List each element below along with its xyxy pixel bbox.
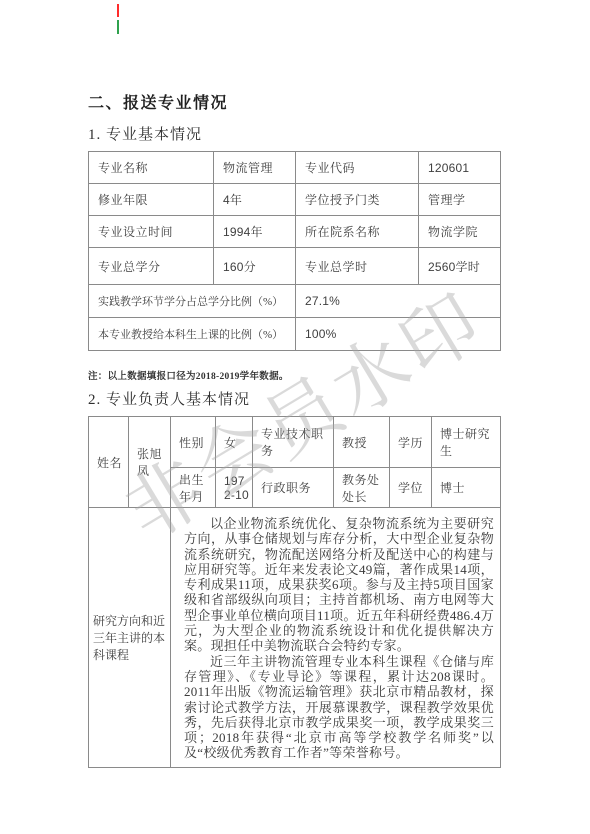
program-leader-info-table: 姓名 张旭凤 性别 女 专业技术职务 教授 学历 博士研究生 出生年月 1972…: [88, 416, 501, 768]
label-degree-category: 学位授予门类: [296, 184, 419, 216]
label-major-name: 专业名称: [89, 152, 214, 184]
label-admin-position: 行政职务: [253, 468, 334, 508]
value-practice-credit-ratio: 27.1%: [296, 285, 501, 318]
value-total-hours: 2560学时: [419, 248, 501, 285]
label-department-name: 所在院系名称: [296, 216, 419, 248]
value-department-name: 物流学院: [419, 216, 501, 248]
subsection-heading-leader-info: 2. 专业负责人基本情况: [88, 388, 250, 409]
table-row: 专业设立时间 1994年 所在院系名称 物流学院: [89, 216, 501, 248]
green-tick-mark: [117, 20, 119, 34]
label-founded-time: 专业设立时间: [89, 216, 214, 248]
research-paragraph-2: 近三年主讲物流管理专业本科生课程《仓储与库存管理》、《专业导论》等课程，累计达2…: [184, 654, 494, 761]
value-gender: 女: [216, 417, 253, 468]
table-row: 研究方向和近三年主讲的本科课程 以企业物流系统优化、复杂物流系统为主要研究方向，…: [89, 508, 501, 768]
table-row: 专业名称 物流管理 专业代码 120601: [89, 152, 501, 184]
table-row: 本专业教授给本科生上课的比例（%） 100%: [89, 318, 501, 351]
program-basic-info-table: 专业名称 物流管理 专业代码 120601 修业年限 4年 学位授予门类 管理学…: [88, 151, 501, 351]
label-professor-teaching-ratio: 本专业教授给本科生上课的比例（%）: [89, 318, 296, 351]
table-row: 实践教学环节学分占总学分比例（%） 27.1%: [89, 285, 501, 318]
label-study-years: 修业年限: [89, 184, 214, 216]
red-tick-mark: [117, 4, 119, 17]
value-degree-category: 管理学: [419, 184, 501, 216]
value-admin-position: 教务处处长: [334, 468, 390, 508]
value-total-credits: 160分: [214, 248, 296, 285]
subsection-heading-basic-info: 1. 专业基本情况: [88, 123, 202, 144]
research-paragraph-1: 以企业物流系统优化、复杂物流系统为主要研究方向，从事仓储规划与库存分析，大中型企…: [184, 516, 494, 654]
value-degree: 博士: [432, 468, 501, 508]
label-practice-credit-ratio: 实践教学环节学分占总学分比例（%）: [89, 285, 296, 318]
research-direction-content: 以企业物流系统优化、复杂物流系统为主要研究方向，从事仓储规划与库存分析，大中型企…: [171, 508, 501, 768]
value-technical-title: 教授: [334, 417, 390, 468]
value-major-name: 物流管理: [214, 152, 296, 184]
label-birth-date: 出生年月: [171, 468, 216, 508]
value-education: 博士研究生: [432, 417, 501, 468]
section-heading-report-major: 二、报送专业情况: [88, 90, 228, 113]
table-row: 修业年限 4年 学位授予门类 管理学: [89, 184, 501, 216]
label-total-hours: 专业总学时: [296, 248, 419, 285]
label-name: 姓名: [89, 417, 129, 508]
label-gender: 性别: [171, 417, 216, 468]
table-row: 专业总学分 160分 专业总学时 2560学时: [89, 248, 501, 285]
label-technical-title: 专业技术职务: [253, 417, 334, 468]
data-scope-note: 注：以上数据填报口径为2018-2019学年数据。: [88, 368, 289, 382]
value-birth-date: 1972-10: [216, 468, 253, 508]
label-education: 学历: [390, 417, 432, 468]
value-major-code: 120601: [419, 152, 501, 184]
value-founded-time: 1994年: [214, 216, 296, 248]
label-degree: 学位: [390, 468, 432, 508]
label-research-direction-courses: 研究方向和近三年主讲的本科课程: [89, 508, 171, 768]
value-study-years: 4年: [214, 184, 296, 216]
document-page: 二、报送专业情况 1. 专业基本情况 专业名称 物流管理 专业代码 120601…: [0, 0, 590, 834]
table-row: 姓名 张旭凤 性别 女 专业技术职务 教授 学历 博士研究生: [89, 417, 501, 468]
label-total-credits: 专业总学分: [89, 248, 214, 285]
value-professor-teaching-ratio: 100%: [296, 318, 501, 351]
value-name: 张旭凤: [129, 417, 171, 508]
label-major-code: 专业代码: [296, 152, 419, 184]
